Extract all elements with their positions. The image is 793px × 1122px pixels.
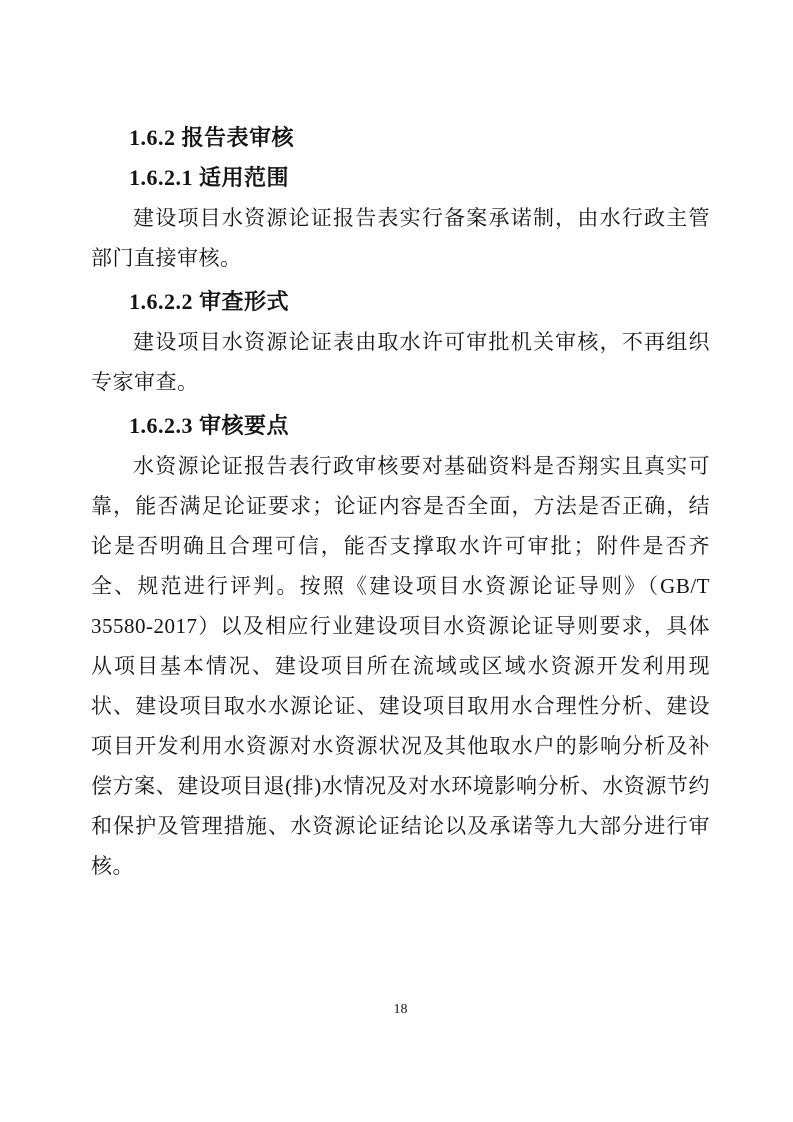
paragraph-review-points: 水资源论证报告表行政审核要对基础资料是否翔实且真实可靠，能否满足论证要求；论证内…: [91, 446, 710, 886]
paragraph-scope: 建设项目水资源论证报告表实行备案承诺制，由水行政主管部门直接审核。: [91, 198, 710, 278]
heading-1-6-2-report-form-review: 1.6.2 报告表审核: [91, 118, 710, 158]
document-body: 1.6.2 报告表审核 1.6.2.1 适用范围 建设项目水资源论证报告表实行备…: [91, 118, 710, 886]
paragraph-review-form: 建设项目水资源论证表由取水许可审批机关审核，不再组织专家审查。: [91, 322, 710, 402]
page-number: 18: [91, 1002, 710, 1018]
heading-1-6-2-1-scope: 1.6.2.1 适用范围: [91, 158, 710, 198]
heading-1-6-2-2-review-form: 1.6.2.2 审查形式: [91, 282, 710, 322]
heading-1-6-2-3-review-points: 1.6.2.3 审核要点: [91, 406, 710, 446]
document-page: 1.6.2 报告表审核 1.6.2.1 适用范围 建设项目水资源论证报告表实行备…: [0, 0, 793, 1122]
